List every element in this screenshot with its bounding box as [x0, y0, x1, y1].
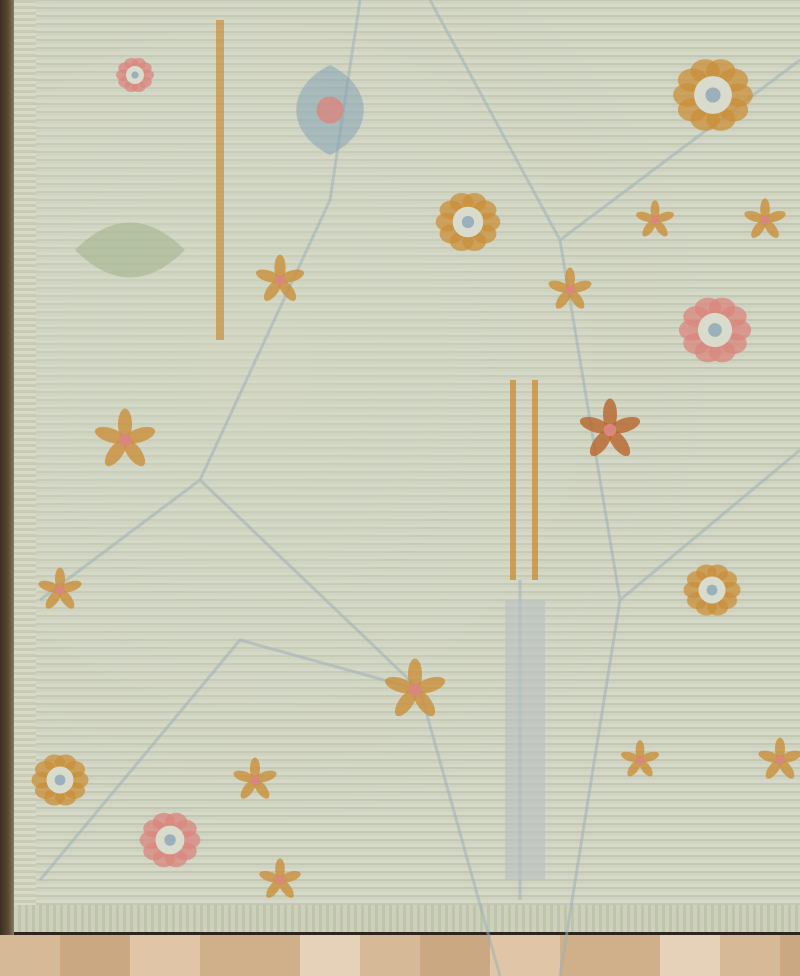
rug-photo: [0, 0, 800, 976]
rosette-motif: [116, 58, 154, 92]
rosette-motif: [140, 813, 201, 867]
rosette-motif: [679, 298, 751, 363]
floral-motifs: [0, 0, 800, 976]
rosette-motif: [436, 193, 501, 251]
rosette-motif: [673, 59, 753, 130]
star-motif: [254, 255, 305, 304]
star-motif: [620, 740, 660, 778]
star-motif: [258, 858, 302, 900]
leaf-motif: [75, 223, 185, 278]
rosette-motif: [32, 754, 89, 805]
star-motif: [93, 409, 157, 470]
tree-stems: [216, 20, 545, 880]
star-motif: [383, 659, 447, 720]
star-motif: [757, 738, 800, 782]
star-motif: [743, 198, 787, 240]
palmette-motif: [296, 65, 364, 155]
rosette-motif: [684, 564, 741, 615]
star-motif: [232, 758, 278, 802]
star-motif: [635, 200, 675, 238]
